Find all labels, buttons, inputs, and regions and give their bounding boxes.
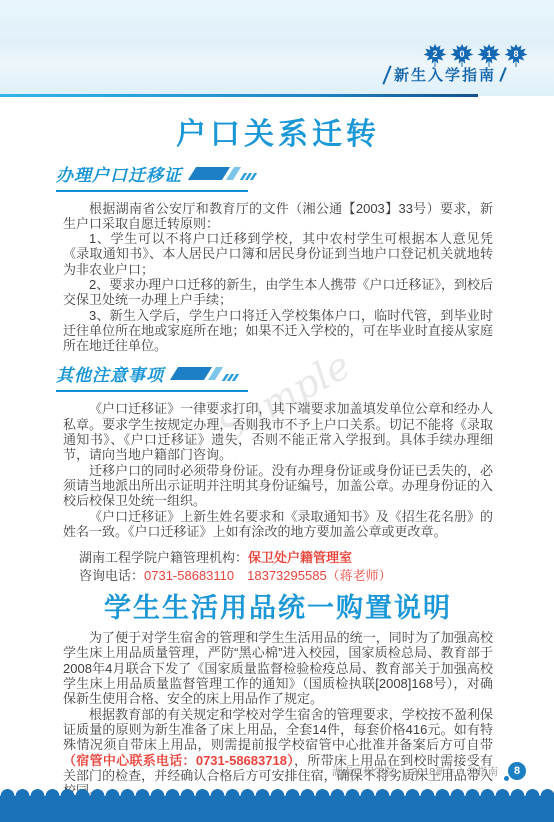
article2-title: 学生生活用品统一购置说明 — [63, 593, 493, 624]
footer-guide-name: 2018新生入学指南 — [412, 764, 498, 779]
page-content: 户口关系迁转 办理户口迁移证 根据湖南省公安厅和教育厅的文件（湘公通【2003】… — [63, 118, 493, 798]
bottom-wave-band — [0, 789, 554, 822]
section2-title: 其他注意事项 — [56, 361, 164, 386]
maple-leaf-icon: 0 — [450, 44, 474, 67]
year-digit: 1 — [477, 49, 501, 59]
parallelogram-decoration — [192, 166, 255, 180]
paragraph: 为了便于对学生宿舍的管理和学生生活用品的统一，同时为了加强高校学生床上用品质量管… — [63, 630, 493, 706]
badge-text-row: 新生入学指南 — [360, 64, 504, 85]
page-footer: 湖南工程学院 | 2018新生入学指南 8 — [332, 762, 526, 780]
footer-school-name: 湖南工程学院 — [332, 764, 395, 779]
header-rule — [0, 94, 478, 97]
paragraph: 《户口迁移证》上新生姓名要求和《录取通知书》及《招生花名册》的姓名一致。《户口迁… — [63, 509, 493, 540]
badge-label: 新生入学指南 — [394, 64, 496, 85]
maple-leaf-icon: 8 — [504, 44, 528, 67]
year-digit: 0 — [450, 49, 474, 59]
parallelogram-decoration — [174, 367, 237, 381]
phone-label: 咨询电话： — [79, 568, 144, 583]
maple-leaf-icon: 2 — [423, 44, 447, 67]
year-digit: 8 — [504, 49, 528, 59]
guide-page: 2 0 1 8 新生入学指南 户口关系迁转 办理户口迁移证 — [0, 0, 554, 822]
wave-solid-band — [0, 796, 554, 822]
phone-line: 咨询电话：0731-58683110 18373295585（蒋老师） — [79, 567, 493, 585]
contact-block: 湖南工程学院户籍管理机构：保卫处户籍管理室 咨询电话：0731-58683110… — [79, 549, 493, 585]
paragraph: 《户口迁移证》一律要求打印，其下端要求加盖填发单位公章和经办人私章。要求学生按规… — [63, 401, 493, 462]
paragraph: 1、学生可以不将户口迁移到学校，其中农村学生可根据本人意见凭《录取通知书》、本人… — [63, 231, 493, 277]
wave-scallop-edge — [0, 789, 554, 796]
edition-badge: 2 0 1 8 新生入学指南 — [360, 44, 530, 85]
footer-separator: | — [402, 765, 405, 777]
page-number-badge: 8 — [508, 762, 526, 780]
slash-decoration — [382, 65, 391, 84]
paragraph: 2、要求办理户口迁移的新生，由学生本人携带《户口迁移证》，到校后交保卫处统一办理… — [63, 277, 493, 308]
year-digit: 2 — [423, 49, 447, 59]
maple-leaf-icon: 1 — [477, 44, 501, 67]
dorm-center-phone: （宿管中心联系电话：0731-58683718） — [63, 753, 294, 768]
paragraph: 3、新生入学后，学生户口将迁入学校集体户口，临时代管，到毕业时迁往单位所在地或家… — [63, 308, 493, 354]
registry-office-line: 湖南工程学院户籍管理机构：保卫处户籍管理室 — [79, 549, 493, 567]
section1-title: 办理户口迁移证 — [56, 161, 182, 186]
slash-decoration — [499, 67, 506, 82]
paragraph: 根据湖南省公安厅和教育厅的文件（湘公通【2003】33号）要求，新生户口采取自愿… — [63, 201, 493, 232]
registry-office-value: 保卫处户籍管理室 — [248, 550, 352, 565]
paragraph: 迁移户口的同时必须带身份证。没有办理身份证或身份证已丢失的，必须请当地派出所出示… — [63, 463, 493, 509]
article1-title: 户口关系迁转 — [63, 118, 493, 153]
phone-numbers: 0731-58683110 18373295585（蒋老师） — [144, 568, 392, 583]
bedding-text-before: 根据教育部的有关规定和学校对学生宿舍的管理要求，学校按不盈利保证质量的原则为新生… — [63, 707, 493, 753]
section-header-other-notes: 其他注意事项 — [56, 361, 248, 392]
registry-office-label: 湖南工程学院户籍管理机构： — [79, 550, 248, 565]
paragraph: 根据教育部的有关规定和学校对学生宿舍的管理要求，学校按不盈利保证质量的原则为新生… — [63, 707, 493, 799]
section-header-transfer-cert: 办理户口迁移证 — [56, 161, 248, 192]
